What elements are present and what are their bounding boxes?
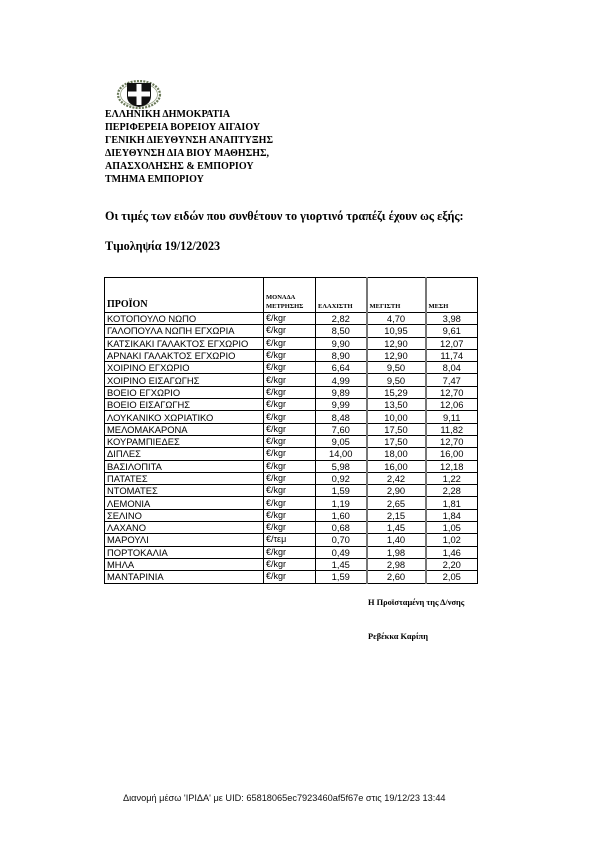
avg-price-cell: 7,47 — [426, 374, 478, 386]
min-price-cell: 0,68 — [316, 522, 367, 534]
product-name-cell: ΜΑΝΤΑΡΙΝΙΑ — [105, 571, 264, 583]
table-row: ΧΟΙΡΙΝΟ ΕΓΧΩΡΙΟ€/kgr6,649,508,04 — [105, 362, 478, 374]
max-price-cell: 1,40 — [367, 534, 426, 546]
max-price-cell: 2,15 — [367, 509, 426, 521]
avg-price-cell: 2,05 — [426, 571, 478, 583]
min-price-cell: 8,50 — [316, 325, 367, 337]
min-price-cell: 6,64 — [316, 362, 367, 374]
unit-of-measure-cell: €/kgr — [264, 362, 316, 374]
min-price-cell: 5,98 — [316, 460, 367, 472]
avg-price-cell: 9,61 — [426, 325, 478, 337]
avg-price-cell: 12,18 — [426, 460, 478, 472]
org-line: ΓΕΝΙΚΗ ΔΙΕΥΘΥΝΣΗ ΑΝΑΠΤΥΞΗΣ — [105, 134, 273, 147]
table-row: ΝΤΟΜΑΤΕΣ€/kgr1,592,902,28 — [105, 485, 478, 497]
price-survey-date: Τιμοληψία 19/12/2023 — [105, 239, 220, 254]
avg-price-cell: 12,70 — [426, 386, 478, 398]
table-row: ΜΑΡΟΥΛΙ€/τεμ0,701,401,02 — [105, 534, 478, 546]
unit-of-measure-cell: €/kgr — [264, 472, 316, 484]
product-name-cell: ΣΕΛΙΝΟ — [105, 509, 264, 521]
max-price-cell: 2,65 — [367, 497, 426, 509]
max-price-cell: 2,42 — [367, 472, 426, 484]
min-price-cell: 9,05 — [316, 435, 367, 447]
min-price-cell: 8,90 — [316, 349, 367, 361]
signatory-name: Ρεβέκκα Καρίπη — [368, 632, 428, 641]
avg-price-cell: 11,82 — [426, 423, 478, 435]
table-row: ΒΟΕΙΟ ΕΙΣΑΓΩΓΗΣ€/kgr9,9913,5012,06 — [105, 399, 478, 411]
avg-price-cell: 1,22 — [426, 472, 478, 484]
avg-price-cell: 9,11 — [426, 411, 478, 423]
product-name-cell: ΚΟΤΟΠΟΥΛΟ ΝΩΠΟ — [105, 313, 264, 325]
table-row: ΜΗΛΑ€/kgr1,452,982,20 — [105, 558, 478, 570]
avg-price-cell: 8,04 — [426, 362, 478, 374]
org-line: ΔΙΕΥΘΥΝΣΗ ΔΙΑ ΒΙΟΥ ΜΑΘΗΣΗΣ, — [105, 147, 273, 160]
product-name-cell: ΠΑΤΑΤΕΣ — [105, 472, 264, 484]
table-row: ΔΙΠΛΕΣ€/kgr14,0018,0016,00 — [105, 448, 478, 460]
min-price-cell: 1,45 — [316, 558, 367, 570]
min-price-cell: 9,90 — [316, 337, 367, 349]
column-header-product: ΠΡΟΪΟΝ — [105, 278, 264, 313]
price-table: ΠΡΟΪΟΝ ΜΟΝΑΔΑΜΕΤΡΗΣΗΣ ΕΛΑΧΙΣΤΗ ΜΕΓΙΣΤΗ Μ… — [104, 277, 478, 584]
product-name-cell: ΝΤΟΜΑΤΕΣ — [105, 485, 264, 497]
product-name-cell: ΜΗΛΑ — [105, 558, 264, 570]
table-row: ΒΟΕΙΟ ΕΓΧΩΡΙΟ€/kgr9,8915,2912,70 — [105, 386, 478, 398]
table-row: ΛΑΧΑΝΟ€/kgr0,681,451,05 — [105, 522, 478, 534]
max-price-cell: 18,00 — [367, 448, 426, 460]
table-row: ΜΕΛΟΜΑΚΑΡΟΝΑ€/kgr7,6017,5011,82 — [105, 423, 478, 435]
table-row: ΜΑΝΤΑΡΙΝΙΑ€/kgr1,592,602,05 — [105, 571, 478, 583]
intro-text: Οι τιμές των ειδών που συνθέτουν το γιορ… — [105, 209, 464, 224]
product-name-cell: ΛΑΧΑΝΟ — [105, 522, 264, 534]
product-name-cell: ΛΕΜΟΝΙΑ — [105, 497, 264, 509]
product-name-cell: ΚΑΤΣΙΚΑΚΙ ΓΑΛΑΚΤΟΣ ΕΓΧΩΡΙΟ — [105, 337, 264, 349]
min-price-cell: 1,19 — [316, 497, 367, 509]
unit-header-line: ΜΟΝΑΔΑ — [266, 294, 295, 301]
unit-of-measure-cell: €/kgr — [264, 313, 316, 325]
column-header-unit: ΜΟΝΑΔΑΜΕΤΡΗΣΗΣ — [264, 278, 316, 313]
product-name-cell: ΧΟΙΡΙΝΟ ΕΓΧΩΡΙΟ — [105, 362, 264, 374]
table-row: ΒΑΣΙΛΟΠΙΤΑ€/kgr5,9816,0012,18 — [105, 460, 478, 472]
avg-price-cell: 1,81 — [426, 497, 478, 509]
org-line: ΤΜΗΜΑ ΕΜΠΟΡΙΟΥ — [105, 173, 273, 186]
product-name-cell: ΓΑΛΟΠΟΥΛΑ ΝΩΠΗ ΕΓΧΩΡΙΑ — [105, 325, 264, 337]
max-price-cell: 9,50 — [367, 362, 426, 374]
unit-header-line: ΜΕΤΡΗΣΗΣ — [266, 303, 303, 310]
unit-of-measure-cell: €/kgr — [264, 497, 316, 509]
table-header-row: ΠΡΟΪΟΝ ΜΟΝΑΔΑΜΕΤΡΗΣΗΣ ΕΛΑΧΙΣΤΗ ΜΕΓΙΣΤΗ Μ… — [105, 278, 478, 313]
product-name-cell: ΠΟΡΤΟΚΑΛΙΑ — [105, 546, 264, 558]
max-price-cell: 10,95 — [367, 325, 426, 337]
unit-of-measure-cell: €/kgr — [264, 571, 316, 583]
unit-of-measure-cell: €/kgr — [264, 386, 316, 398]
min-price-cell: 1,59 — [316, 485, 367, 497]
unit-of-measure-cell: €/kgr — [264, 411, 316, 423]
avg-price-cell: 3,98 — [426, 313, 478, 325]
issuing-authority: ΕΛΛΗΝΙΚΗ ΔΗΜΟΚΡΑΤΙΑ ΠΕΡΙΦΕΡΕΙΑ ΒΟΡΕΙΟΥ Α… — [105, 108, 273, 186]
unit-of-measure-cell: €/kgr — [264, 460, 316, 472]
unit-of-measure-cell: €/kgr — [264, 337, 316, 349]
min-price-cell: 0,92 — [316, 472, 367, 484]
table-row: ΣΕΛΙΝΟ€/kgr1,602,151,84 — [105, 509, 478, 521]
unit-of-measure-cell: €/kgr — [264, 325, 316, 337]
min-price-cell: 0,49 — [316, 546, 367, 558]
product-name-cell: ΚΟΥΡΑΜΠΙΕΔΕΣ — [105, 435, 264, 447]
max-price-cell: 17,50 — [367, 435, 426, 447]
max-price-cell: 10,00 — [367, 411, 426, 423]
product-name-cell: ΧΟΙΡΙΝΟ ΕΙΣΑΓΩΓΗΣ — [105, 374, 264, 386]
max-price-cell: 15,29 — [367, 386, 426, 398]
table-row: ΛΟΥΚΑΝΙΚΟ ΧΩΡΙΑΤΙΚΟ€/kgr8,4810,009,11 — [105, 411, 478, 423]
min-price-cell: 9,89 — [316, 386, 367, 398]
table-row: ΚΟΤΟΠΟΥΛΟ ΝΩΠΟ€/kgr2,824,703,98 — [105, 313, 478, 325]
max-price-cell: 12,90 — [367, 349, 426, 361]
column-header-min: ΕΛΑΧΙΣΤΗ — [316, 278, 367, 313]
distribution-footer: Διανομή μέσω 'ΙΡΙΔΑ' με UID: 65818065ec7… — [123, 793, 446, 803]
max-price-cell: 17,50 — [367, 423, 426, 435]
avg-price-cell: 11,74 — [426, 349, 478, 361]
max-price-cell: 12,90 — [367, 337, 426, 349]
max-price-cell: 13,50 — [367, 399, 426, 411]
unit-of-measure-cell: €/kgr — [264, 349, 316, 361]
product-name-cell: ΔΙΠΛΕΣ — [105, 448, 264, 460]
unit-of-measure-cell: €/kgr — [264, 485, 316, 497]
product-name-cell: ΒΑΣΙΛΟΠΙΤΑ — [105, 460, 264, 472]
max-price-cell: 9,50 — [367, 374, 426, 386]
product-name-cell: ΑΡΝΑΚΙ ΓΑΛΑΚΤΟΣ ΕΓΧΩΡΙΟ — [105, 349, 264, 361]
table-row: ΚΟΥΡΑΜΠΙΕΔΕΣ€/kgr9,0517,5012,70 — [105, 435, 478, 447]
max-price-cell: 1,45 — [367, 522, 426, 534]
document-page: ΕΛΛΗΝΙΚΗ ΔΗΜΟΚΡΑΤΙΑ ΠΕΡΙΦΕΡΕΙΑ ΒΟΡΕΙΟΥ Α… — [0, 0, 596, 842]
unit-of-measure-cell: €/kgr — [264, 399, 316, 411]
avg-price-cell: 2,20 — [426, 558, 478, 570]
avg-price-cell: 1,02 — [426, 534, 478, 546]
column-header-max: ΜΕΓΙΣΤΗ — [367, 278, 426, 313]
unit-of-measure-cell: €/τεμ — [264, 534, 316, 546]
column-header-avg: ΜΕΣΗ — [426, 278, 478, 313]
max-price-cell: 2,98 — [367, 558, 426, 570]
table-row: ΓΑΛΟΠΟΥΛΑ ΝΩΠΗ ΕΓΧΩΡΙΑ€/kgr8,5010,959,61 — [105, 325, 478, 337]
product-name-cell: ΜΑΡΟΥΛΙ — [105, 534, 264, 546]
avg-price-cell: 1,05 — [426, 522, 478, 534]
unit-of-measure-cell: €/kgr — [264, 558, 316, 570]
table-row: ΛΕΜΟΝΙΑ€/kgr1,192,651,81 — [105, 497, 478, 509]
avg-price-cell: 12,70 — [426, 435, 478, 447]
avg-price-cell: 16,00 — [426, 448, 478, 460]
unit-of-measure-cell: €/kgr — [264, 522, 316, 534]
min-price-cell: 1,60 — [316, 509, 367, 521]
table-row: ΠΑΤΑΤΕΣ€/kgr0,922,421,22 — [105, 472, 478, 484]
product-name-cell: ΛΟΥΚΑΝΙΚΟ ΧΩΡΙΑΤΙΚΟ — [105, 411, 264, 423]
unit-of-measure-cell: €/kgr — [264, 423, 316, 435]
min-price-cell: 14,00 — [316, 448, 367, 460]
unit-of-measure-cell: €/kgr — [264, 448, 316, 460]
min-price-cell: 7,60 — [316, 423, 367, 435]
min-price-cell: 4,99 — [316, 374, 367, 386]
table-row: ΑΡΝΑΚΙ ΓΑΛΑΚΤΟΣ ΕΓΧΩΡΙΟ€/kgr8,9012,9011,… — [105, 349, 478, 361]
unit-of-measure-cell: €/kgr — [264, 374, 316, 386]
avg-price-cell: 1,46 — [426, 546, 478, 558]
table-row: ΚΑΤΣΙΚΑΚΙ ΓΑΛΑΚΤΟΣ ΕΓΧΩΡΙΟ€/kgr9,9012,90… — [105, 337, 478, 349]
max-price-cell: 2,60 — [367, 571, 426, 583]
product-name-cell: ΜΕΛΟΜΑΚΑΡΟΝΑ — [105, 423, 264, 435]
min-price-cell: 1,59 — [316, 571, 367, 583]
product-name-cell: ΒΟΕΙΟ ΕΙΣΑΓΩΓΗΣ — [105, 399, 264, 411]
min-price-cell: 0,70 — [316, 534, 367, 546]
unit-of-measure-cell: €/kgr — [264, 509, 316, 521]
table-row: ΠΟΡΤΟΚΑΛΙΑ€/kgr0,491,981,46 — [105, 546, 478, 558]
max-price-cell: 4,70 — [367, 313, 426, 325]
avg-price-cell: 12,07 — [426, 337, 478, 349]
min-price-cell: 2,82 — [316, 313, 367, 325]
unit-of-measure-cell: €/kgr — [264, 435, 316, 447]
max-price-cell: 16,00 — [367, 460, 426, 472]
org-line: ΑΠΑΣΧΟΛΗΣΗΣ & ΕΜΠΟΡΙΟΥ — [105, 160, 273, 173]
min-price-cell: 9,99 — [316, 399, 367, 411]
max-price-cell: 1,98 — [367, 546, 426, 558]
max-price-cell: 2,90 — [367, 485, 426, 497]
min-price-cell: 8,48 — [316, 411, 367, 423]
avg-price-cell: 12,06 — [426, 399, 478, 411]
product-name-cell: ΒΟΕΙΟ ΕΓΧΩΡΙΟ — [105, 386, 264, 398]
unit-of-measure-cell: €/kgr — [264, 546, 316, 558]
table-body: ΚΟΤΟΠΟΥΛΟ ΝΩΠΟ€/kgr2,824,703,98ΓΑΛΟΠΟΥΛΑ… — [105, 313, 478, 584]
greek-state-emblem-icon — [116, 80, 162, 109]
signatory-title: Η Προϊσταμένη της Δ/νσης — [368, 598, 464, 607]
org-line: ΕΛΛΗΝΙΚΗ ΔΗΜΟΚΡΑΤΙΑ — [105, 108, 273, 121]
org-line: ΠΕΡΙΦΕΡΕΙΑ ΒΟΡΕΙΟΥ ΑΙΓΑΙΟΥ — [105, 121, 273, 134]
avg-price-cell: 2,28 — [426, 485, 478, 497]
avg-price-cell: 1,84 — [426, 509, 478, 521]
table-row: ΧΟΙΡΙΝΟ ΕΙΣΑΓΩΓΗΣ€/kgr4,999,507,47 — [105, 374, 478, 386]
